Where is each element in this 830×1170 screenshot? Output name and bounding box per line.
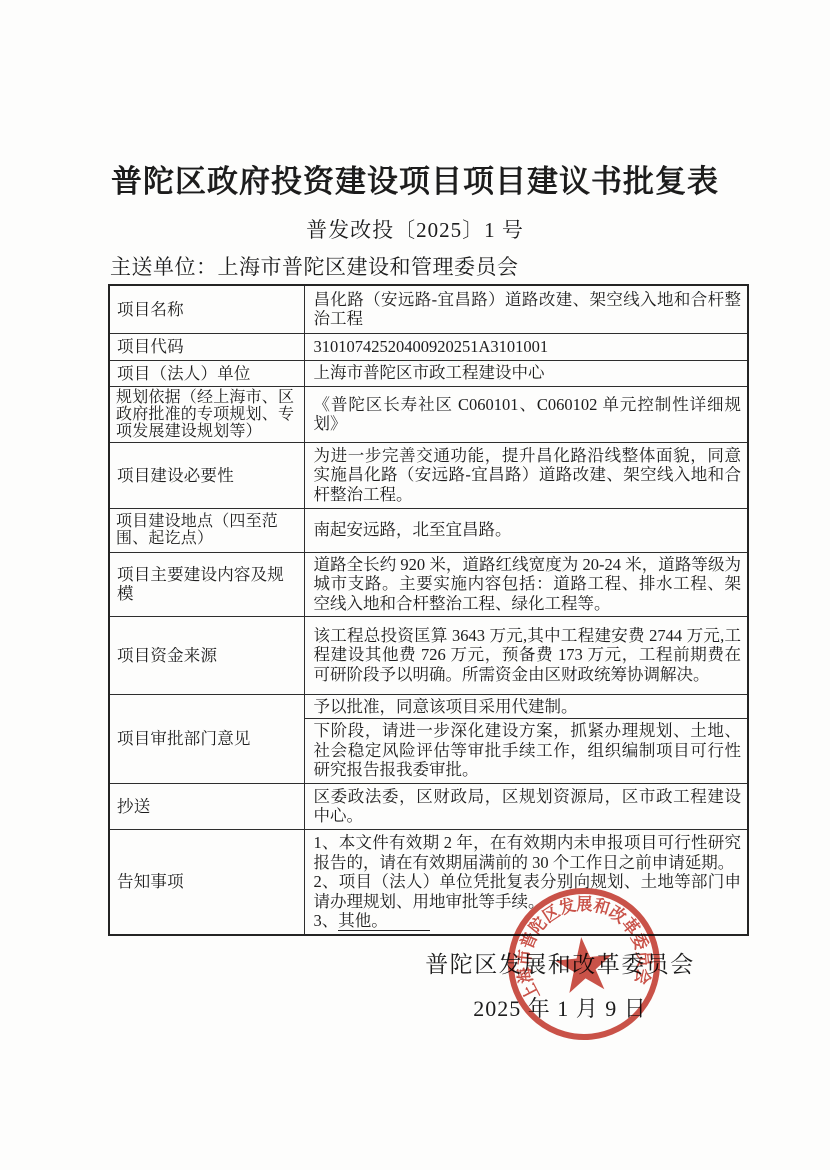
table-row-cc: 抄送 区委政法委，区财政局，区规划资源局，区市政工程建设中心。 [109,783,748,829]
row-value: 为进一步完善交通功能，提升昌化路沿线整体面貌，同意实施昌化路（安远路-宜昌路）道… [304,442,748,508]
table-row-planning-basis: 规划依据（经上海市、区政府批准的专项规划、专项发展建设规划等） 《普陀区长寿社区… [109,386,748,442]
table-row-project-name: 项目名称 昌化路（安远路-宜昌路）道路改建、架空线入地和合杆整治工程 [109,285,748,333]
row-value: 昌化路（安远路-宜昌路）道路改建、架空线入地和合杆整治工程 [304,285,748,333]
table-row-location: 项目建设地点（四至范围、起讫点） 南起安远路，北至宜昌路。 [109,508,748,552]
row-value: 1、本文件有效期 2 年，在有效期内未申报项目可行性研究报告的，请在有效期届满前… [304,829,748,935]
table-row-notices: 告知事项 1、本文件有效期 2 年，在有效期内未申报项目可行性研究报告的，请在有… [109,829,748,935]
notice-item-3-prefix: 3、 [314,911,339,930]
row-label: 项目资金来源 [109,616,304,694]
recipient-line: 主送单位：上海市普陀区建设和管理委员会 [110,251,519,281]
approval-opinion-part1: 予以批准，同意该项目采用代建制。 [305,695,748,719]
notice-item-2: 2、项目（法人）单位凭批复表分别向规划、土地等部门申请办理规划、用地审批等手续。 [314,872,742,911]
row-label: 告知事项 [109,829,304,935]
row-value: 该工程总投资匡算 3643 万元,其中工程建安费 2744 万元,工程建设其他费… [304,616,748,694]
recipient-value: 上海市普陀区建设和管理委员会 [218,255,519,279]
row-value: 31010742520400920251A3101001 [304,333,748,360]
notice-item-3: 3、其他。 [314,911,742,931]
row-label: 项目名称 [109,285,304,333]
document-page: 普陀区政府投资建设项目项目建议书批复表 普发改投〔2025〕1 号 主送单位：上… [0,0,830,1170]
row-label: 规划依据（经上海市、区政府批准的专项规划、专项发展建设规划等） [109,386,304,442]
table-row-legal-entity: 项目（法人）单位 上海市普陀区市政工程建设中心 [109,360,748,386]
row-value: 《普陀区长寿社区 C060101、C060102 单元控制性详细规划》 [304,386,748,442]
table-row-project-code: 项目代码 31010742520400920251A3101001 [109,333,748,360]
row-value: 道路全长约 920 米，道路红线宽度为 20-24 米，道路等级为城市支路。主要… [304,552,748,616]
row-label: 项目代码 [109,333,304,360]
row-value: 予以批准，同意该项目采用代建制。 下阶段，请进一步深化建设方案，抓紧办理规划、土… [304,694,748,783]
recipient-label: 主送单位： [110,255,218,279]
document-title: 普陀区政府投资建设项目项目建议书批复表 [0,156,830,201]
table-row-funding-source: 项目资金来源 该工程总投资匡算 3643 万元,其中工程建安费 2744 万元,… [109,616,748,694]
row-value: 区委政法委，区财政局，区规划资源局，区市政工程建设中心。 [304,783,748,829]
table-row-scope-scale: 项目主要建设内容及规模 道路全长约 920 米，道路红线宽度为 20-24 米，… [109,552,748,616]
issuing-authority: 普陀区发展和改革委员会 [372,946,748,979]
row-value: 南起安远路，北至宜昌路。 [304,508,748,552]
signature-block: 普陀区发展和改革委员会 2025 年 1 月 9 日 [372,946,748,1023]
notice-item-1: 1、本文件有效期 2 年，在有效期内未申报项目可行性研究报告的，请在有效期届满前… [314,833,742,872]
approval-opinion-part2: 下阶段，请进一步深化建设方案，抓紧办理规划、土地、社会稳定风险评估等审批手续工作… [305,718,748,783]
table-row-approval-opinion: 项目审批部门意见 予以批准，同意该项目采用代建制。 下阶段，请进一步深化建设方案… [109,694,748,783]
notice-item-3-blank: 其他。 [338,911,430,931]
approval-form-table: 项目名称 昌化路（安远路-宜昌路）道路改建、架空线入地和合杆整治工程 项目代码 … [108,284,749,936]
row-label: 项目建设必要性 [109,442,304,508]
row-label: 项目建设地点（四至范围、起讫点） [109,508,304,552]
row-label: 抄送 [109,783,304,829]
issue-date: 2025 年 1 月 9 日 [372,992,748,1023]
row-label: 项目主要建设内容及规模 [109,552,304,616]
row-label: 项目（法人）单位 [109,360,304,386]
table-row-necessity: 项目建设必要性 为进一步完善交通功能，提升昌化路沿线整体面貌，同意实施昌化路（安… [109,442,748,508]
row-value: 上海市普陀区市政工程建设中心 [304,360,748,386]
row-label: 项目审批部门意见 [109,694,304,783]
document-number: 普发改投〔2025〕1 号 [0,214,830,244]
